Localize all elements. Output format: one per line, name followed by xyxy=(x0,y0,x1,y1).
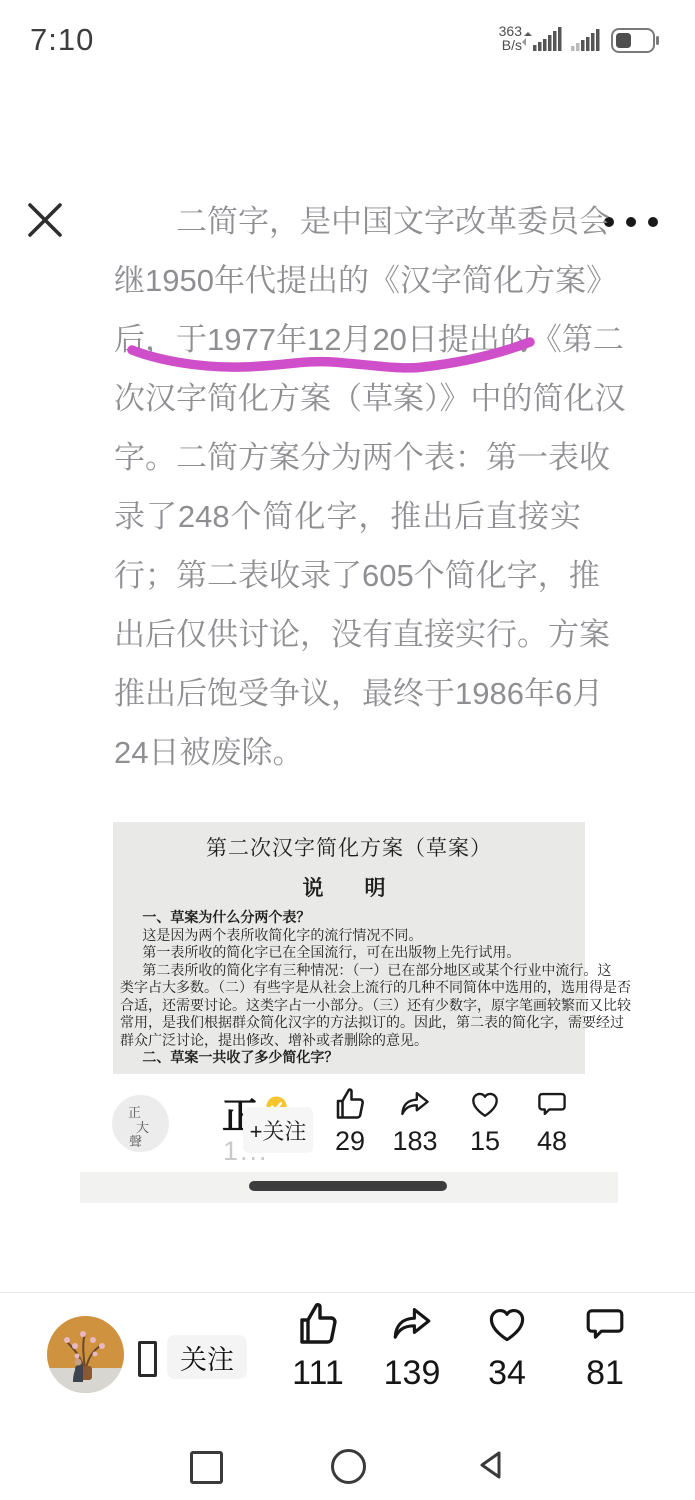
like-count: 111 xyxy=(292,1354,344,1393)
favorite-count: 34 xyxy=(488,1354,526,1393)
doc-title: 第二次汉字简化方案（草案） xyxy=(113,832,585,862)
thumbs-up-icon xyxy=(294,1300,342,1348)
heart-icon xyxy=(483,1300,531,1348)
signal-bars-icon-sim2 xyxy=(571,29,607,53)
signal-bars-icon-sim1 xyxy=(520,27,566,53)
follow-button[interactable]: 关注 xyxy=(167,1335,247,1379)
network-speed-unit: B/s xyxy=(486,38,522,52)
article-line: 行；第二表收录了605个简化字，推 xyxy=(114,546,581,605)
embedded-author-avatar[interactable]: 正 大 聲 xyxy=(112,1095,169,1152)
comment-count: 81 xyxy=(586,1354,624,1393)
doc-line: 常用，是我们根据群众简化汉字的方法拟订的。因此，第二表的简化字，需要经过 xyxy=(120,1015,578,1033)
doc-line: 类字占大多数。（二）有些字是从社会上流行的几种不同简体中选用的，选用得是否 xyxy=(120,980,578,998)
article-line: 继1950年代提出的《汉字简化方案》 xyxy=(114,251,581,310)
doc-line: 第一表所收的简化字已在全国流行，可在出版物上先行试用。 xyxy=(120,945,578,963)
screen: { "status_bar": { "time": "7:10", "net_s… xyxy=(0,0,695,1500)
embedded-comment-count: 48 xyxy=(537,1126,567,1157)
username-placeholder-glyph xyxy=(138,1341,157,1377)
article-line: 录了248个简化字，推出后直接实 xyxy=(114,487,581,546)
avatar-char: 聲 xyxy=(129,1131,142,1150)
article-line: 二简字，是中国文字改革委员会 xyxy=(114,192,581,251)
doc-line: 群众广泛讨论，提出修改、增补或者删除的意见。 xyxy=(120,1033,578,1051)
highlight-stroke xyxy=(118,330,542,378)
embedded-favorite-count: 15 xyxy=(470,1126,500,1157)
doc-line: 这是因为两个表所收简化字的流行情况不同。 xyxy=(120,928,578,946)
status-bar: 7:10 363 B/s xyxy=(0,0,695,70)
more-options-button[interactable] xyxy=(604,207,658,237)
embedded-favorite-button[interactable]: 15 xyxy=(450,1086,520,1157)
doc-line: 一、草案为什么分两个表？ xyxy=(120,910,578,928)
image-viewer-header xyxy=(0,95,695,155)
comment-button[interactable]: 81 xyxy=(563,1300,647,1393)
nav-home-button[interactable] xyxy=(331,1449,366,1484)
doc-line: 合适，还需要讨论。这类字占一小部分。（三）还有少数字，原字笔画较繁而又比较 xyxy=(120,998,578,1016)
nav-recents-button[interactable] xyxy=(190,1451,223,1484)
clock: 7:10 xyxy=(30,22,94,58)
share-arrow-icon xyxy=(397,1086,433,1122)
embedded-document-image: 第二次汉字简化方案（草案） 说 明 一、草案为什么分两个表？ 这是因为两个表所收… xyxy=(113,822,585,1074)
share-button[interactable]: 139 xyxy=(370,1300,454,1393)
favorite-button[interactable]: 34 xyxy=(465,1300,549,1393)
embedded-follow-button[interactable]: +关注 xyxy=(243,1107,313,1153)
network-speed-value: 363 xyxy=(486,24,522,38)
close-icon xyxy=(30,205,60,235)
share-count: 139 xyxy=(384,1354,441,1393)
network-speed: 363 B/s xyxy=(486,24,522,52)
article-line: 推出后饱受争议，最终于1986年6月 xyxy=(114,664,581,723)
comment-bubble-icon xyxy=(581,1300,629,1348)
close-button[interactable] xyxy=(24,199,66,241)
progress-bar[interactable] xyxy=(249,1181,447,1191)
embedded-like-button[interactable]: 29 xyxy=(315,1086,385,1157)
back-triangle-icon xyxy=(482,1453,499,1477)
embedded-share-button[interactable]: 183 xyxy=(380,1086,450,1157)
share-arrow-icon xyxy=(388,1300,436,1348)
article-line: 出后仅供讨论，没有直接实行。方案 xyxy=(114,605,581,664)
like-button[interactable]: 111 xyxy=(276,1300,360,1393)
embedded-like-count: 29 xyxy=(335,1126,365,1157)
uploader-avatar[interactable] xyxy=(47,1316,124,1393)
heart-icon xyxy=(467,1086,503,1122)
comment-bubble-icon xyxy=(534,1086,570,1122)
nav-back-button[interactable] xyxy=(475,1449,507,1481)
doc-subtitle: 说 明 xyxy=(113,872,585,902)
doc-line: 二、草案一共收了多少简化字？ xyxy=(120,1050,578,1068)
article-text: 二简字，是中国文字改革委员会 继1950年代提出的《汉字简化方案》 后，于197… xyxy=(114,192,581,782)
divider xyxy=(0,1292,695,1293)
battery-icon xyxy=(611,28,661,54)
embedded-comment-button[interactable]: 48 xyxy=(517,1086,587,1157)
doc-body: 一、草案为什么分两个表？ 这是因为两个表所收简化字的流行情况不同。 第一表所收的… xyxy=(120,910,578,1068)
article-line: 字。二简方案分为两个表：第一表收 xyxy=(114,428,581,487)
embedded-share-count: 183 xyxy=(392,1126,437,1157)
thumbs-up-icon xyxy=(332,1086,368,1122)
doc-line: 第二表所收的简化字有三种情况：（一）已在部分地区或某个行业中流行。这 xyxy=(120,963,578,981)
article-line: 24日被废除。 xyxy=(114,723,581,782)
avatar-painting xyxy=(47,1316,124,1393)
